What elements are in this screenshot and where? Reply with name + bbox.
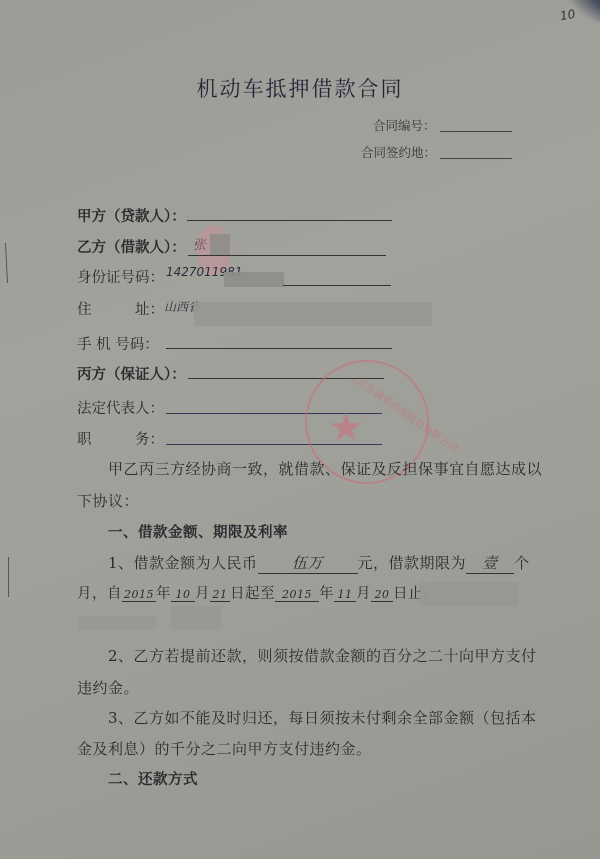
start-day-label: 日起至 (230, 586, 275, 602)
end-year-label: 年 (319, 586, 334, 602)
position-label: 职 务： (77, 428, 164, 449)
address-label: 住 址： (77, 298, 164, 319)
redacted-address (194, 302, 432, 326)
start-month-field[interactable]: 10 (171, 588, 195, 602)
clause-3-line-1: 3、乙方如不能及时归还，每日须按未付剩余全部金额（包括本 (108, 707, 537, 728)
clause-1-prefix: 1、借款金额为人民币 (108, 554, 258, 572)
seal-star-icon: ★ (328, 405, 364, 451)
margin-pen-mark-top (5, 243, 8, 283)
end-day-field[interactable]: 20 (371, 588, 393, 602)
contract-number-row: 合同编号： (373, 116, 512, 134)
clause-3-line-2: 金及利息）的千分之二向甲方支付违约金。 (77, 738, 372, 759)
lender-label: 甲方（贷款人）： (77, 205, 186, 226)
borrower-label: 乙方（借款人）： (77, 236, 186, 257)
redacted-clause-text-3 (171, 606, 221, 630)
loan-amount-field[interactable]: 伍万 (258, 552, 358, 574)
phone-field[interactable] (166, 347, 392, 349)
id-number-field[interactable] (283, 284, 391, 286)
start-day-field[interactable]: 21 (210, 588, 230, 602)
clause-1-suffix: 个 (514, 554, 530, 572)
clause-1-line-1: 1、借款金额为人民币伍万元，借款期限为壹个 (108, 552, 530, 574)
page-number: 10 (559, 7, 576, 23)
start-year-field[interactable]: 2015 (122, 588, 156, 602)
redacted-borrower-name (210, 234, 230, 256)
clause-1-line-2: 月，自2015年10月21日起至2015年11月20日止， (77, 582, 438, 603)
start-year-label: 年 (156, 586, 171, 602)
contract-number-field[interactable] (440, 121, 512, 132)
borrower-field[interactable] (188, 254, 386, 256)
sign-place-label: 合同签约地： (361, 145, 436, 160)
loan-term-field[interactable]: 壹 (466, 552, 514, 574)
margin-pen-mark-bottom (8, 557, 9, 597)
intro-line-2: 下协议： (77, 490, 139, 511)
end-month-label: 月 (356, 586, 371, 602)
sign-place-row: 合同签约地： (361, 143, 512, 161)
id-number-label: 身份证号码： (77, 266, 164, 287)
start-month-label: 月 (195, 586, 210, 602)
sign-place-field[interactable] (440, 148, 512, 159)
intro-line-1: 甲乙丙三方经协商一致，就借款、保证及反担保事宜自愿达成以 (108, 458, 542, 479)
redacted-clause-text-1 (420, 582, 518, 606)
contract-number-label: 合同编号： (373, 118, 436, 133)
section-1-heading: 一、借款金额、期限及利率 (108, 521, 288, 542)
clause-2-line-2: 违约金。 (77, 677, 139, 698)
redacted-clause-text-2 (78, 616, 156, 630)
section-2-heading: 二、还款方式 (108, 768, 198, 789)
legal-rep-label: 法定代表人： (77, 397, 164, 418)
redacted-id-number (224, 272, 284, 287)
phone-label: 手 机 号码： (77, 333, 159, 354)
clause-1-mid: 元，借款期限为 (358, 554, 467, 572)
end-month-field[interactable]: 11 (334, 588, 356, 602)
end-year-field[interactable]: 2015 (275, 588, 319, 602)
document-title: 机动车抵押借款合同 (0, 73, 600, 103)
lender-field[interactable] (187, 219, 392, 221)
clause-2-line-1: 2、乙方若提前还款，则须按借款金额的百分之二十向甲方支付 (108, 645, 537, 666)
guarantor-label: 丙方（保证人）： (77, 363, 186, 384)
clause-1-line2-prefix: 月，自 (77, 586, 122, 602)
